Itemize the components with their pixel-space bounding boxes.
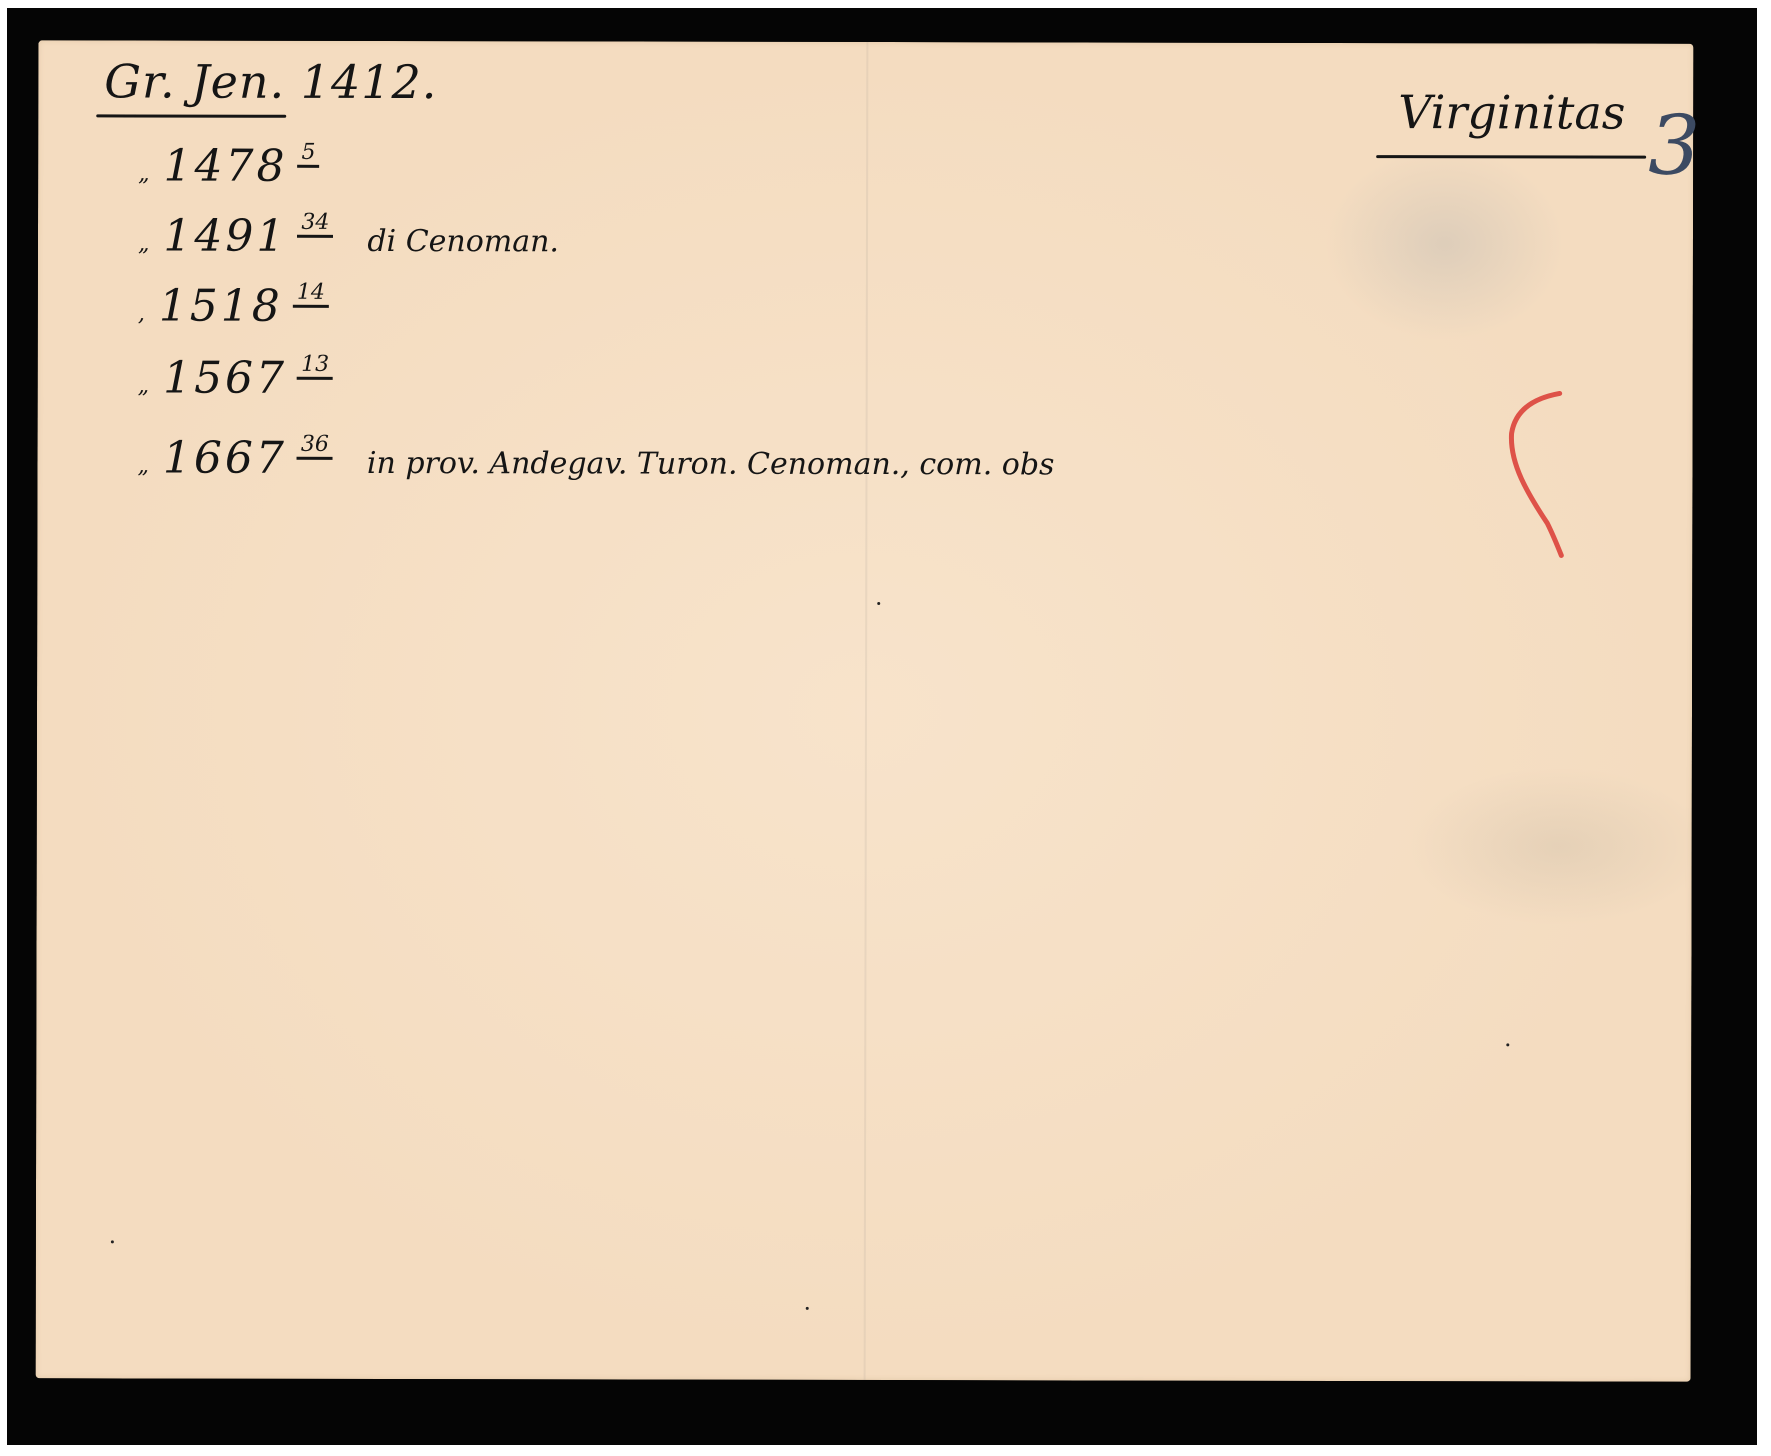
entry-ref: 14 — [293, 280, 329, 308]
entry-note: di Cenoman. — [367, 224, 559, 259]
entry-row: „ 1667 36 in prov. Andegav. Turon. Cenom… — [137, 432, 1054, 485]
entry-year: 1667 — [163, 433, 287, 484]
entry-year: 1567 — [163, 353, 287, 404]
paper-speck — [806, 1307, 809, 1310]
paper-speck — [111, 1240, 114, 1243]
entry-year: 1518 — [159, 281, 283, 332]
page-number: 3 — [1648, 99, 1700, 194]
ditto-mark: „ — [138, 161, 149, 186]
ditto-mark: , — [138, 301, 145, 326]
paper-speck — [1506, 1043, 1509, 1046]
ditto-mark: „ — [138, 231, 149, 256]
entry-ref: 13 — [297, 352, 333, 380]
heading-left-underline — [96, 114, 286, 117]
paper-speck — [877, 602, 880, 605]
scan-frame: Gr. Jen. 1412. Virginitas 3 „ 1478 5 „ 1… — [7, 8, 1757, 1445]
entry-year: 1491 — [163, 211, 287, 262]
entry-row: , 1518 14 — [138, 280, 363, 331]
entry-note: in prov. Andegav. Turon. Cenoman., com. … — [367, 446, 1055, 482]
entry-ref: 36 — [297, 432, 333, 460]
heading-left-text: Gr. Jen. 1412. — [104, 54, 437, 109]
ditto-mark: „ — [137, 453, 148, 478]
entry-row: „ 1567 13 — [138, 352, 367, 403]
heading-right-text: Virginitas — [1398, 85, 1625, 139]
heading-right-underline — [1376, 155, 1646, 159]
entry-row: „ 1491 34 di Cenoman. — [138, 210, 559, 262]
entry-ref: 34 — [297, 210, 333, 238]
entry-year: 1478 — [163, 141, 287, 192]
heading-right: Virginitas — [1398, 85, 1625, 139]
heading-left: Gr. Jen. 1412. — [104, 54, 437, 109]
entry-ref: 5 — [298, 140, 320, 168]
ditto-mark: „ — [138, 373, 149, 398]
paper-sheet: Gr. Jen. 1412. Virginitas 3 „ 1478 5 „ 1… — [36, 40, 1694, 1381]
red-pencil-mark-icon — [1497, 383, 1577, 563]
paper-fold — [864, 42, 869, 1380]
entry-row: „ 1478 5 — [138, 140, 353, 191]
